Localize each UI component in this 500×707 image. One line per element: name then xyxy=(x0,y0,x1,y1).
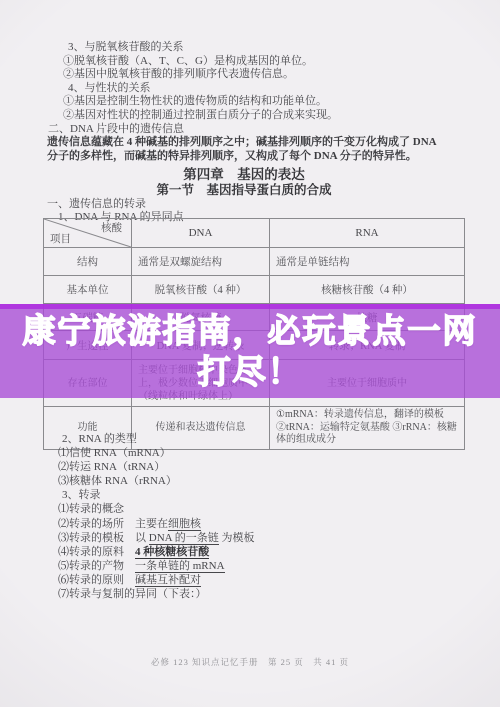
doc-line: ⑴信使 RNA（mRNA） xyxy=(58,446,445,460)
doc-line: 3、与脱氧核苷酸的关系 xyxy=(68,41,445,55)
banner-text-line1: 康宁旅游指南，必玩景点一网 xyxy=(23,310,478,351)
doc-line: 3、转录 xyxy=(62,488,445,502)
table-header-row: 核酸 项目 DNA RNA xyxy=(44,219,465,248)
doc-line: ⑵转录的场所 主要在细胞核 xyxy=(58,517,445,531)
doc-line: ⑶转录的模板 以 DNA 的一条链 为模板 xyxy=(58,531,445,545)
column-header-dna: DNA xyxy=(132,219,270,248)
doc-line: ②基因对性状的控制通过控制蛋白质分子的合成来实现。 xyxy=(63,109,445,123)
underlined-term: 4 种核糖核苷酸 xyxy=(135,546,209,559)
line-prefix: ⑸转录的产物 xyxy=(58,560,135,572)
line-prefix: ⑷转录的原料 xyxy=(58,546,135,558)
corner-label-top: 核酸 xyxy=(101,220,122,235)
doc-line: ②基因中脱氧核苷酸的排列顺序代表遗传信息。 xyxy=(63,68,445,82)
table-row: 基本单位 脱氧核苷酸（4 种） 核糖核苷酸（4 种） xyxy=(44,276,465,304)
banner-text-line2: 打尽！ xyxy=(198,351,303,392)
paragraph: 遗传信息蕴藏在 4 种碱基的排列顺序之中；碱基排列顺序的千变万化构成了 DNA … xyxy=(47,136,449,164)
page-footer: 必修 123 知识点记忆手册 第 25 页 共 41 页 xyxy=(0,656,500,668)
row-label: 结构 xyxy=(44,248,132,276)
banner-top-stripe xyxy=(0,304,500,309)
doc-line: ⑹转录的原则 碱基互补配对 xyxy=(58,573,445,587)
intro-block: 3、与脱氧核苷酸的关系 ①脱氧核苷酸（A、T、C、G）是构成基因的单位。 ②基因… xyxy=(43,41,445,225)
corner-label-bottom: 项目 xyxy=(50,231,71,246)
doc-line: 2、RNA 的类型 xyxy=(62,432,445,446)
line-prefix: ⑶转录的模板 以 xyxy=(58,532,149,544)
underlined-term: 一条单链的 mRNA xyxy=(135,560,225,573)
doc-line: ⑷转录的原料 4 种核糖核苷酸 xyxy=(58,545,445,559)
doc-line: 4、与性状的关系 xyxy=(68,82,445,96)
doc-line: ⑴转录的概念 xyxy=(58,502,445,516)
table-cell: 通常是双螺旋结构 xyxy=(132,248,270,276)
doc-line: ⑸转录的产物 一条单链的 mRNA xyxy=(58,559,445,573)
section-title: 第一节 基因指导蛋白质的合成 xyxy=(43,183,445,198)
column-header-rna: RNA xyxy=(270,219,465,248)
line-prefix: ⑵转录的场所 主要在 xyxy=(58,518,168,530)
line-suffix: 为模板 xyxy=(219,532,255,544)
table-row: 结构 通常是双螺旋结构 通常是单链结构 xyxy=(44,248,465,276)
promo-banner-overlay: 康宁旅游指南，必玩景点一网 打尽！ xyxy=(0,304,500,398)
underlined-term: DNA 的一条链 xyxy=(149,532,219,545)
underlined-term: 碱基互补配对 xyxy=(135,574,201,587)
doc-line: ⑺转录与复制的异同（下表：） xyxy=(58,587,445,601)
subheading: 一、遗传信息的转录 xyxy=(47,198,445,212)
row-label: 基本单位 xyxy=(44,276,132,304)
section-heading: 二、DNA 片段中的遗传信息 xyxy=(48,123,445,137)
doc-line: ⑵转运 RNA（tRNA） xyxy=(58,460,445,474)
doc-line: ①脱氧核苷酸（A、T、C、G）是构成基因的单位。 xyxy=(63,55,445,69)
doc-line: ⑶核糖体 RNA（rRNA） xyxy=(58,474,445,488)
post-table-block: 2、RNA 的类型 ⑴信使 RNA（mRNA） ⑵转运 RNA（tRNA） ⑶核… xyxy=(43,432,445,601)
table-cell: 通常是单链结构 xyxy=(270,248,465,276)
table-cell: 核糖核苷酸（4 种） xyxy=(270,276,465,304)
table-corner-cell: 核酸 项目 xyxy=(44,219,132,248)
doc-line: ①基因是控制生物性状的遗传物质的结构和功能单位。 xyxy=(63,95,445,109)
chapter-title: 第四章 基因的表达 xyxy=(43,167,445,183)
underlined-term: 细胞核 xyxy=(168,518,201,531)
line-prefix: ⑹转录的原则 xyxy=(58,574,135,586)
table-cell: 脱氧核苷酸（4 种） xyxy=(132,276,270,304)
